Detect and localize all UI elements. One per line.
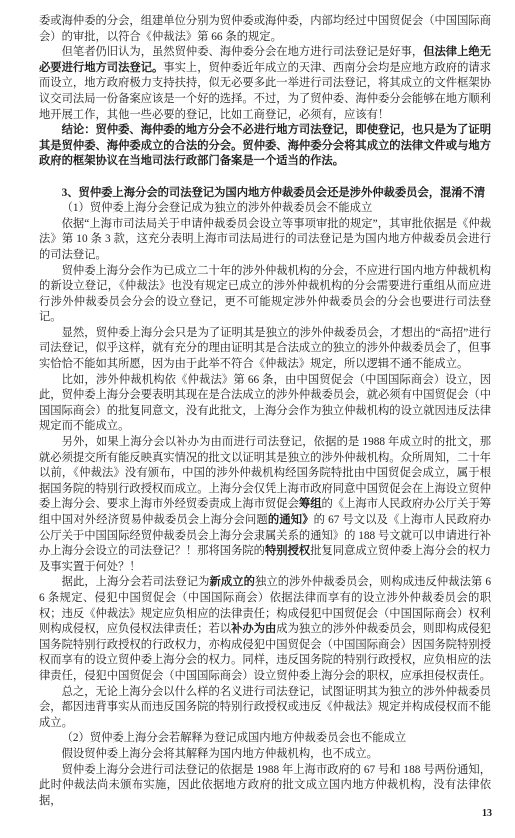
text-run: 的通知》 (268, 514, 314, 526)
document-body: 委或海仲委的分会，组建单位分别为贸仲委或海仲委，内部均经过中国贸促会（中国国际商… (39, 14, 491, 809)
text-run: （1）贸仲委上海分会登记成为独立的涉外仲裁委员会不能成立 (62, 202, 373, 214)
para-accordingly-infringement: 据此，上海分会若司法登记为新成立的独立的涉外仲裁委员会，则构成违反仲裁法第 66… (39, 575, 491, 684)
text-run: 结论：贸仲委、海仲委的地方分会不必进行地方司法登记，即使登记，也只是为了证明其是… (39, 124, 491, 167)
text-run: 总之，无论上海分会以什么样的名义进行司法登记，试图证明其为独立的涉外仲裁委员会，… (39, 686, 491, 729)
text-run: 补办为由 (231, 623, 276, 635)
text-run: 比如，涉外仲裁机构依《仲裁法》第 66 条，由中国贸促会（中国国际商会）设立，因… (39, 374, 491, 433)
text-run: 新成立的 (209, 576, 255, 588)
para-1988-approval-documents: 另外，如果上海分会以补办为由而进行司法登记，依据的是 1988 年成立时的批文，… (39, 435, 491, 575)
text-run: 筹组 (299, 498, 322, 510)
para-twenty-years-branch: 贸仲委上海分会作为已成立二十年的涉外仲裁机构的分会，不应进行国内地方仲裁机构的新… (39, 264, 491, 326)
para-author-opinion: 但笔者仍旧认为，虽然贸仲委、海仲委分会在地方进行司法登记是好事，但法律上绝无必要… (39, 45, 491, 123)
para-assumption-domestic: 假设贸仲委上海分会将其解释为国内地方仲裁机构，也不成立。 (39, 747, 491, 763)
subheading-2: （2）贸仲委上海分会若解释为登记成国内地方仲裁委员会也不能成立 (39, 731, 491, 747)
text-run: 贸仲委上海分会进行司法登记的依据是 1988 年上海市政府的 67 号和 188… (39, 764, 491, 807)
text-run: 依据“上海市司法局关于申请仲裁委员会设立等事项审批的规定”，其审批依据是《仲裁法… (39, 218, 491, 261)
blank-line (39, 170, 491, 186)
para-obviously-gaozhao: 显然，贸仲委上海分会只是为了证明其是独立的涉外仲裁委员会，才想出的“高招”进行司… (39, 326, 491, 373)
para-continuation-from-prev-page: 委或海仲委的分会，组建单位分别为贸仲委或海仲委，内部均经过中国贸促会（中国国际商… (39, 14, 491, 45)
para-1988-notices-basis: 贸仲委上海分会进行司法登记的依据是 1988 年上海市政府的 67 号和 188… (39, 763, 491, 810)
text-run: 3、贸仲委上海分会的司法登记为国内地方仲裁委员会还是涉外仲裁委员会，混淆不清 (62, 187, 486, 199)
para-in-summary: 总之，无论上海分会以什么样的名义进行司法登记，试图证明其为独立的涉外仲裁委员会，… (39, 685, 491, 732)
text-run: （2）贸仲委上海分会若解释为登记成国内地方仲裁委员会也不能成立 (62, 732, 407, 744)
text-run: 委或海仲委的分会，组建单位分别为贸仲委或海仲委，内部均经过中国贸促会（中国国际商… (39, 15, 491, 43)
para-basis-shanghai-justice-bureau: 依据“上海市司法局关于申请仲裁委员会设立等事项审批的规定”，其审批依据是《仲裁法… (39, 217, 491, 264)
heading-section-3: 3、贸仲委上海分会的司法登记为国内地方仲裁委员会还是涉外仲裁委员会，混淆不清 (39, 186, 491, 202)
text-run: 显然，贸仲委上海分会只是为了证明其是独立的涉外仲裁委员会，才想出的“高招”进行司… (39, 327, 491, 370)
text-run: 但笔者仍旧认为，虽然贸仲委、海仲委分会在地方进行司法登记是好事， (62, 46, 424, 58)
para-example-article-66: 比如，涉外仲裁机构依《仲裁法》第 66 条，由中国贸促会（中国国际商会）设立，因… (39, 373, 491, 435)
text-run: 假设贸仲委上海分会将其解释为国内地方仲裁机构，也不成立。 (62, 748, 378, 760)
subheading-1: （1）贸仲委上海分会登记成为独立的涉外仲裁委员会不能成立 (39, 201, 491, 217)
text-run: 特别授权 (265, 545, 310, 557)
text-run: 据此，上海分会若司法登记为 (62, 576, 210, 588)
page-number: 13 (482, 808, 492, 819)
para-conclusion: 结论：贸仲委、海仲委的地方分会不必进行地方司法登记，即使登记，也只是为了证明其是… (39, 123, 491, 170)
document-page: 委或海仲委的分会，组建单位分别为贸仲委或海仲委，内部均经过中国贸促会（中国国际商… (0, 0, 515, 838)
text-run: 贸仲委上海分会作为已成立二十年的涉外仲裁机构的分会，不应进行国内地方仲裁机构的新… (39, 265, 491, 324)
